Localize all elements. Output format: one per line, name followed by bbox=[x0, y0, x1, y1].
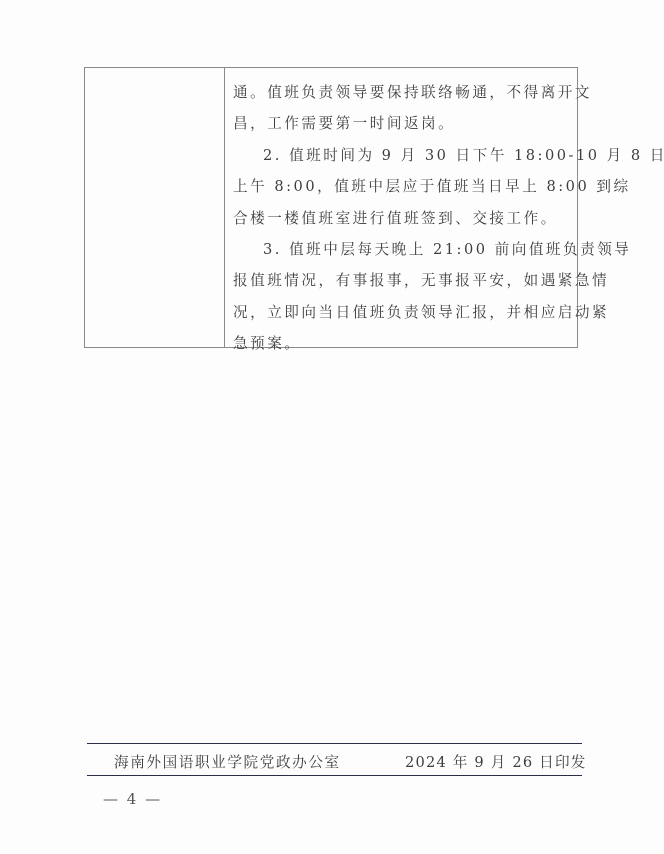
table-text-line: 况，立即向当日值班负责领导汇报，并相应启动紧 bbox=[233, 297, 571, 328]
table-right-cell: 通。值班负责领导要保持联络畅通，不得离开文 昌，工作需要第一时间返岗。 2. 值… bbox=[225, 68, 577, 347]
footer-organization: 海南外国语职业学院党政办公室 bbox=[114, 751, 341, 772]
table-left-cell bbox=[85, 68, 225, 347]
table-text-line: 2. 值班时间为 9 月 30 日下午 18:00-10 月 8 日 bbox=[233, 140, 571, 171]
page-number: — 4 — bbox=[103, 790, 162, 808]
table-text-line: 3. 值班中层每天晚上 21:00 前向值班负责领导 bbox=[233, 234, 571, 265]
duty-table: 通。值班负责领导要保持联络畅通，不得离开文 昌，工作需要第一时间返岗。 2. 值… bbox=[84, 67, 578, 348]
table-text-line: 昌，工作需要第一时间返岗。 bbox=[233, 108, 571, 139]
document-page: 通。值班负责领导要保持联络畅通，不得离开文 昌，工作需要第一时间返岗。 2. 值… bbox=[0, 0, 664, 854]
table-text-line: 合楼一楼值班室进行值班签到、交接工作。 bbox=[233, 203, 571, 234]
table-text-line: 通。值班负责领导要保持联络畅通，不得离开文 bbox=[233, 77, 571, 108]
table-text-line: 报值班情况，有事报事，无事报平安，如遇紧急情 bbox=[233, 265, 571, 296]
footer-bottom-rule bbox=[87, 775, 582, 776]
footer-print-date: 2024 年 9 月 26 日印发 bbox=[405, 751, 587, 772]
table-text-line: 急预案。 bbox=[233, 328, 571, 359]
footer-top-rule bbox=[87, 743, 582, 744]
table-text-line: 上午 8:00，值班中层应于值班当日早上 8:00 到综 bbox=[233, 171, 571, 202]
